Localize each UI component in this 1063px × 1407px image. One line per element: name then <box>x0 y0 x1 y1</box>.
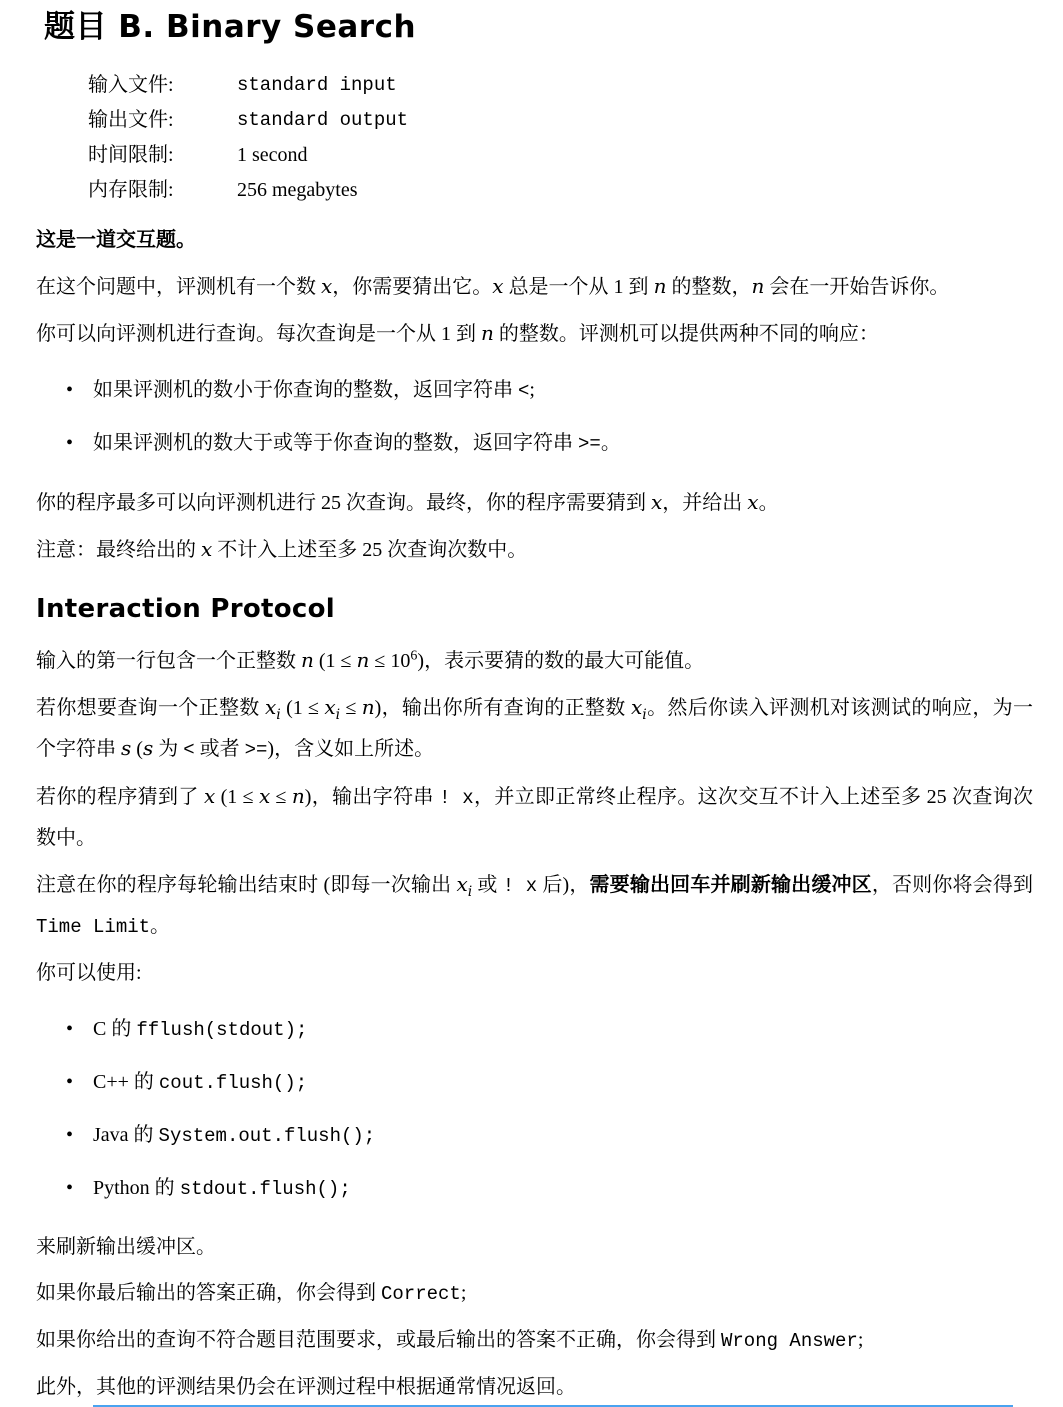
text-run: x <box>265 695 276 719</box>
meta-row-input-file: 输入文件: standard input <box>88 68 1033 103</box>
text-run: x <box>259 784 270 808</box>
text-run: 后)， <box>537 874 589 896</box>
text-run: )，表示要猜的数的最大可能值。 <box>417 650 704 672</box>
text-run: (1 ≤ <box>215 786 259 808</box>
text-run: 。 <box>759 492 779 514</box>
text-run: s <box>121 736 131 760</box>
text-run: 的整数， <box>666 276 751 298</box>
bullet-item: 如果评测机的数大于或等于你查询的整数，返回字符串 >=。 <box>36 423 1033 464</box>
text-run: fflush(stdout); <box>136 1019 307 1041</box>
text-run: 如果你最后输出的答案正确，你会得到 <box>36 1282 381 1304</box>
text-run: 此外，其他的评测结果仍会在评测过程中根据通常情况返回。 <box>36 1376 576 1398</box>
text-run: n <box>357 648 370 672</box>
meta-value: 256 megabytes <box>237 173 358 208</box>
input-description: 输入的第一行包含一个正整数 n (1 ≤ n ≤ 106)，表示要猜的数的最大可… <box>36 640 1033 681</box>
text-run: x <box>324 695 335 719</box>
text-run: stdout.flush(); <box>180 1178 351 1200</box>
text-run: 来刷新输出缓冲区。 <box>36 1236 216 1258</box>
text-run: ; <box>461 1282 467 1304</box>
statement-line-2: 你可以向评测机进行查询。每次查询是一个从 1 到 n 的整数。评测机可以提供两种… <box>36 313 1033 354</box>
text-run: 如果评测机的数小于你查询的整数，返回字符串 <box>93 379 518 401</box>
meta-row-output-file: 输出文件: standard output <box>88 103 1033 138</box>
meta-value: standard output <box>237 103 408 138</box>
text-run: s <box>143 736 153 760</box>
meta-row-memory-limit: 内存限制: 256 megabytes <box>88 173 1033 208</box>
text-run: 。 <box>150 915 170 937</box>
query-limit: 你的程序最多可以向评测机进行 25 次查询。最终，你的程序需要猜到 x，并给出 … <box>36 482 1033 523</box>
text-run: Java 的 <box>93 1124 159 1146</box>
text-run: n <box>362 695 375 719</box>
final-guess-note: 注意：最终给出的 x 不计入上述至多 25 次查询次数中。 <box>36 529 1033 570</box>
text-run: 需要输出回车并刷新输出缓冲区 <box>589 874 871 896</box>
text-run: < <box>183 739 194 761</box>
text-run: >= <box>578 433 601 455</box>
text-run: 或者 <box>195 738 245 760</box>
query-description: 若你想要查询一个正整数 xi (1 ≤ xi ≤ n)，输出你所有查询的正整数 … <box>36 687 1033 770</box>
text-run: )，含义如上所述。 <box>267 738 434 760</box>
text-run: 不计入上述至多 25 次查询次数中。 <box>212 539 527 561</box>
text-run: 在这个问题中，评测机有一个数 <box>36 276 321 298</box>
text-run: 若你想要查询一个正整数 <box>36 697 265 719</box>
text-run: x <box>631 695 642 719</box>
text-run: ，并给出 <box>662 492 747 514</box>
text-run: ( <box>131 738 143 760</box>
text-run: 注意：最终给出的 <box>36 539 201 561</box>
text-run: Time Limit <box>36 916 150 938</box>
bullet-item: Python 的 stdout.flush(); <box>36 1168 1033 1209</box>
answer-description: 若你的程序猜到了 x (1 ≤ x ≤ n)，输出字符串 ! x，并立即正常终止… <box>36 776 1033 858</box>
verdict-correct: 如果你最后输出的答案正确，你会得到 Correct; <box>36 1273 1033 1314</box>
text-run: x <box>747 490 758 514</box>
problem-page: 题目 B. Binary Search 输入文件: standard input… <box>0 0 1063 1407</box>
meta-row-time-limit: 时间限制: 1 second <box>88 138 1033 173</box>
responses-list: 如果评测机的数小于你查询的整数，返回字符串 <;如果评测机的数大于或等于你查询的… <box>36 370 1033 464</box>
problem-meta: 输入文件: standard input 输出文件: standard outp… <box>88 68 1033 208</box>
text-run: ≤ <box>340 697 362 719</box>
text-run: x <box>204 784 215 808</box>
meta-label: 输出文件: <box>88 103 237 138</box>
text-run: ! x <box>439 787 474 809</box>
text-run: 若你的程序猜到了 <box>36 786 204 808</box>
text-run: 这是一道交互题。 <box>36 229 196 251</box>
text-run: C++ 的 <box>93 1071 159 1093</box>
text-run: 如果你给出的查询不符合题目范围要求，或最后输出的答案不正确，你会得到 <box>36 1329 721 1351</box>
bullet-item: Java 的 System.out.flush(); <box>36 1115 1033 1156</box>
text-run: )，输出字符串 <box>305 786 439 808</box>
problem-body: 这是一道交互题。在这个问题中，评测机有一个数 x，你需要猜出它。x 总是一个从 … <box>36 220 1033 1407</box>
text-run: 如果评测机的数大于或等于你查询的整数，返回字符串 <box>93 432 578 454</box>
text-run: System.out.flush(); <box>159 1125 376 1147</box>
section-interaction-protocol: Interaction Protocol <box>36 592 1033 626</box>
verdict-wrong: 如果你给出的查询不符合题目范围要求，或最后输出的答案不正确，你会得到 Wrong… <box>36 1320 1033 1361</box>
text-run: 输入的第一行包含一个正整数 <box>36 650 301 672</box>
statement-line-1: 在这个问题中，评测机有一个数 x，你需要猜出它。x 总是一个从 1 到 n 的整… <box>36 266 1033 307</box>
text-run: ≤ 10 <box>369 650 410 672</box>
problem-title: 题目 B. Binary Search <box>44 8 1033 46</box>
text-run: ，你需要猜出它。 <box>332 276 492 298</box>
text-run: n <box>654 274 667 298</box>
text-run: Correct <box>381 1283 461 1305</box>
flush-methods-list: C 的 fflush(stdout);C++ 的 cout.flush();Ja… <box>36 1009 1033 1209</box>
meta-value: standard input <box>237 68 397 103</box>
text-run: n <box>301 648 314 672</box>
text-run: 你的程序最多可以向评测机进行 25 次查询。最终，你的程序需要猜到 <box>36 492 651 514</box>
text-run: ; <box>529 379 535 401</box>
text-run: )，输出你所有查询的正整数 <box>375 697 631 719</box>
text-run: x <box>457 872 468 896</box>
interactive-note: 这是一道交互题。 <box>36 220 1033 260</box>
text-run: x <box>321 274 332 298</box>
meta-label: 输入文件: <box>88 68 237 103</box>
text-run: 你可以使用: <box>36 962 142 984</box>
text-run: x <box>651 490 662 514</box>
text-run: ; <box>858 1329 864 1351</box>
text-run: ! x <box>503 875 537 897</box>
text-run: 的整数。评测机可以提供两种不同的响应： <box>494 323 879 345</box>
usage-intro: 你可以使用: <box>36 953 1033 993</box>
bullet-item: C++ 的 cout.flush(); <box>36 1062 1033 1103</box>
text-run: Wrong Answer <box>721 1330 858 1352</box>
text-run: Python 的 <box>93 1177 180 1199</box>
text-run: cout.flush(); <box>159 1072 307 1094</box>
text-run: 会在一开始告诉你。 <box>764 276 949 298</box>
flush-outro: 来刷新输出缓冲区。 <box>36 1227 1033 1267</box>
text-run: 注意在你的程序每轮输出结束时 (即每一次输出 <box>36 874 457 896</box>
text-run: (1 ≤ <box>281 697 325 719</box>
meta-value: 1 second <box>237 138 308 173</box>
text-run: < <box>518 380 529 402</box>
meta-label: 内存限制: <box>88 173 237 208</box>
text-run: 或 <box>472 874 503 896</box>
text-run: n <box>292 784 305 808</box>
text-run: 你可以向评测机进行查询。每次查询是一个从 1 到 <box>36 323 481 345</box>
text-run: n <box>481 321 494 345</box>
meta-label: 时间限制: <box>88 138 237 173</box>
text-run: 总是一个从 1 到 <box>504 276 654 298</box>
text-run: ，否则你将会得到 <box>872 874 1033 896</box>
text-run: C 的 <box>93 1018 136 1040</box>
text-run: 。 <box>601 432 621 454</box>
text-run: n <box>751 274 764 298</box>
bullet-item: C 的 fflush(stdout); <box>36 1009 1033 1050</box>
bullet-item: 如果评测机的数小于你查询的整数，返回字符串 <; <box>36 370 1033 411</box>
text-run: (1 ≤ <box>314 650 357 672</box>
text-run: x <box>201 537 212 561</box>
verdict-other: 此外，其他的评测结果仍会在评测过程中根据通常情况返回。 <box>36 1367 1033 1407</box>
text-run: 为 <box>153 738 183 760</box>
text-run: >= <box>245 739 268 761</box>
text-run: x <box>492 274 503 298</box>
text-run: ≤ <box>270 786 292 808</box>
flush-warning: 注意在你的程序每轮输出结束时 (即每一次输出 xi 或 ! x 后)，需要输出回… <box>36 864 1033 947</box>
